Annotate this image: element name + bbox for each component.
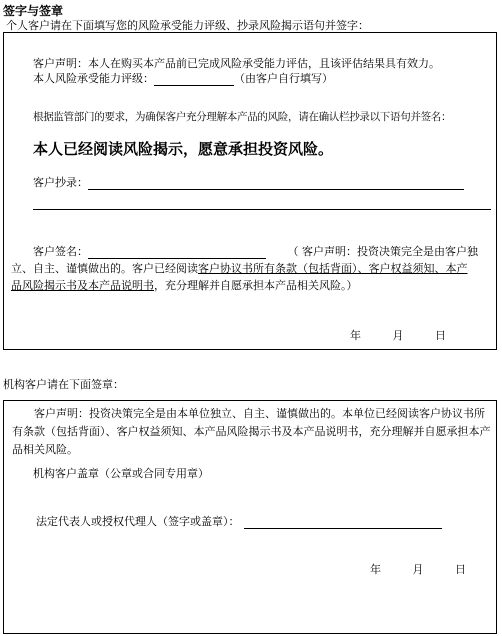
institution-intro: 机构客户请在下面签章： xyxy=(3,376,124,392)
institution-date-row: 年 月 日 xyxy=(370,561,466,577)
copy-instruction: 根据监管部门的要求，为确保客户充分理解本产品的风险，请在确认栏抄录以下语句并签名… xyxy=(33,109,451,124)
seal-label: 机构客户盖章（公章或合同专用章） xyxy=(33,465,209,481)
copy-label: 客户抄录： xyxy=(33,176,88,189)
signature-field[interactable] xyxy=(88,246,266,259)
risk-rating-row: 本人风险承受能力评级：（由客户自行填写） xyxy=(33,70,333,86)
statement-line2: 立、自主、谨慎做出的。客户已经阅读客户协议书所有条款（包括背面）、客户权益须知、… xyxy=(11,260,468,276)
individual-declaration: 客户声明：本人在购买本产品前已完成风险承受能力评估，且该评估结果具有效力。 xyxy=(33,55,440,71)
statement-line3: 品风险揭示书及本产品说明书，充分理解并自愿承担本产品相关风险。） xyxy=(11,277,358,293)
representative-label: 法定代表人或授权代理人（签字或盖章）： xyxy=(36,515,240,528)
signature-label: 客户签名： xyxy=(33,245,88,258)
copy-row: 客户抄录： xyxy=(33,174,464,190)
signature-row: 客户签名： （ 客户声明：投资决策完全是由客户独 xyxy=(33,243,478,259)
institution-signature-box: 客户声明：投资决策完全是由本单位独立、自主、谨慎做出的。本单位已经阅读客户协议书… xyxy=(3,400,497,634)
institution-declaration: 客户声明：投资决策完全是由本单位独立、自主、谨慎做出的。本单位已经阅读客户协议书… xyxy=(12,405,492,459)
individual-date-row: 年 月 日 xyxy=(350,327,446,343)
individual-signature-box: 客户声明：本人在购买本产品前已完成风险承受能力评估，且该评估结果具有效力。 本人… xyxy=(3,32,497,350)
representative-row: 法定代表人或授权代理人（签字或盖章）： xyxy=(36,513,442,529)
individual-intro: 个人客户请在下面填写您的风险承受能力评级、抄录风险揭示语句并签字： xyxy=(6,17,369,33)
copy-field-line2[interactable] xyxy=(33,208,491,210)
risk-rating-field[interactable] xyxy=(154,73,234,86)
risk-statement: 本人已经阅读风险揭示，愿意承担投资风险。 xyxy=(33,138,333,159)
copy-field-line1[interactable] xyxy=(88,177,464,190)
risk-rating-label: 本人风险承受能力评级： xyxy=(33,72,154,85)
representative-field[interactable] xyxy=(244,516,442,529)
statement-prefix: （ 客户声明：投资决策完全是由客户独 xyxy=(288,245,479,258)
risk-rating-note: （由客户自行填写） xyxy=(234,72,333,85)
